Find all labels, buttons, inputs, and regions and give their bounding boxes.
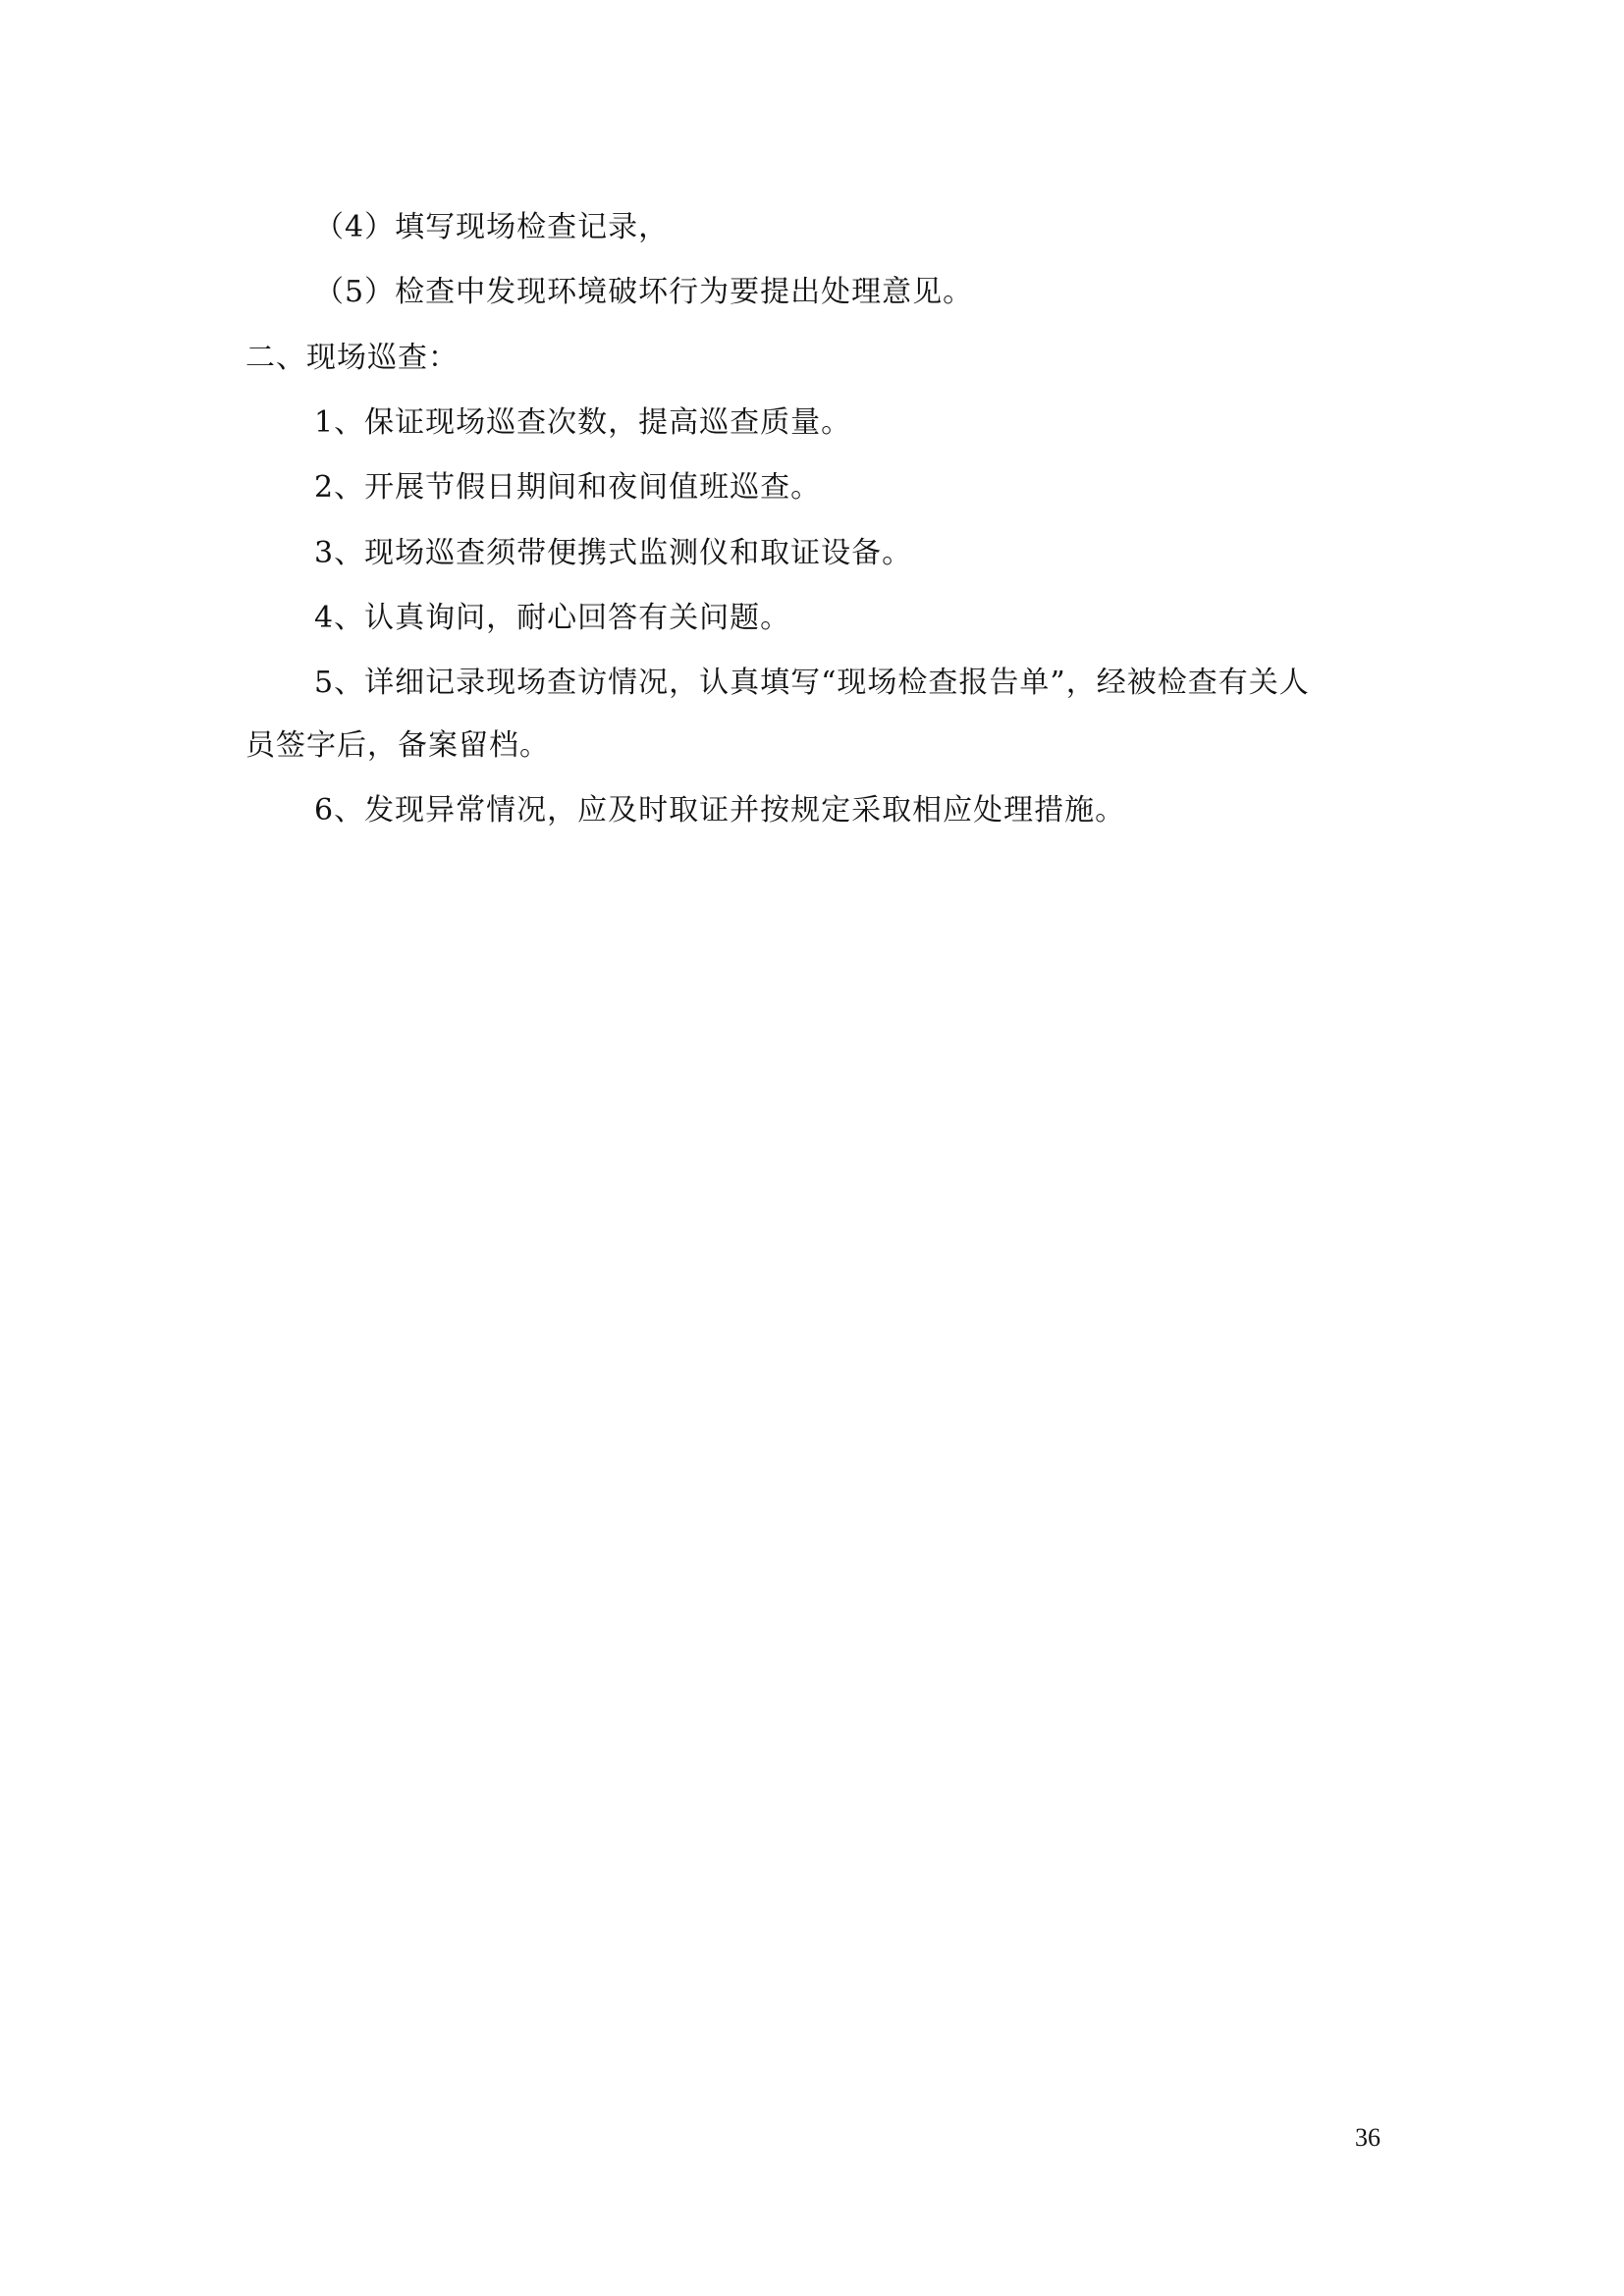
list-item-1: 1、保证现场巡查次数，提高巡查质量。 (314, 403, 851, 443)
list-item-6: 6、发现异常情况，应及时取证并按规定采取相应处理措施。 (314, 791, 1125, 830)
section-heading: 二、现场巡查： (245, 339, 459, 378)
list-item-4b: 4、认真询问，耐心回答有关问题。 (314, 599, 790, 638)
list-item-5b-continued: 员签字后，备案留档。 (245, 726, 550, 766)
list-item-5b: 5、详细记录现场查访情况，认真填写“现场检查报告单”，经被检查有关人 (314, 664, 1310, 703)
list-item-2: 2、开展节假日期间和夜间值班巡查。 (314, 468, 821, 507)
list-item-4: （4）填写现场检查记录， (314, 208, 669, 247)
document-page: （4）填写现场检查记录， （5）检查中发现环境破坏行为要提出处理意见。 二、现场… (0, 0, 1624, 2296)
list-item-3: 3、现场巡查须带便携式监测仪和取证设备。 (314, 534, 912, 573)
list-item-5: （5）检查中发现环境破坏行为要提出处理意见。 (314, 273, 973, 312)
page-number: 36 (1355, 2123, 1380, 2153)
